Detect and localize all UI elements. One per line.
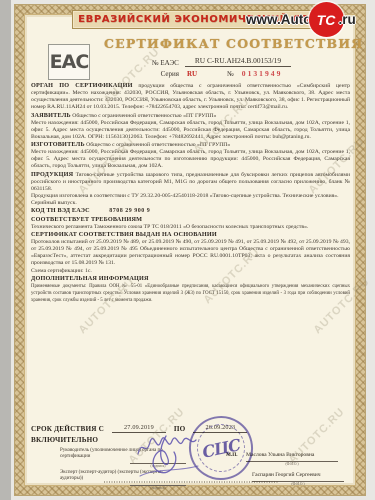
section-production: ПРОДУКЦИЯ Тягово-сцепные устройства шаро… [31,171,350,208]
section-manufacturer: ИЗГОТОВИТЕЛЬ Общество с ограниченной отв… [31,141,350,171]
validity-from-label: СРОК ДЕЙСТВИЯ С [31,425,104,433]
series-label: Серия [161,70,179,78]
certificate-body: ОРГАН ПО СЕРТИФИКАЦИИ продукции общества… [31,82,350,304]
section-conforms: СООТВЕТСТВУЕТ ТРЕБОВАНИЯМ Технического р… [31,216,350,231]
blank-number: 0131949 [242,69,283,78]
tnved-code-value: 8708 29 900 9 [109,208,150,214]
certificate-number-line: № ЕАЭС RU C-RU.АН24.В.00153/19 [109,56,334,67]
head-name-caption: (Ф.И.О.) [246,462,338,466]
section-applicant: ЗАЯВИТЕЛЬ Общество с ограниченной ответс… [31,112,350,142]
expert-name: Гаспарян Георгий Сергеевич [252,472,321,478]
certificate-title: СЕРТИФИКАТ СООТВЕТСТВИЯ [104,36,334,51]
eac-mark-icon: ЕАС [48,44,90,80]
certificate-sheet: ЕВРАЗИЙСКИЙ ЭКОНОМИЧЕСКИЙ СОЮЗ ЕАС СЕРТИ… [14,4,366,496]
section-issued-on: СЕРТИФИКАТ СООТВЕТСТВИЯ ВЫДАН НА ОСНОВАН… [31,231,350,275]
autotc-logo-watermark: www.Auto TC .ru [246,2,356,37]
section-certification-body: ОРГАН ПО СЕРТИФИКАЦИИ продукции общества… [31,82,350,112]
logo-prefix: www.Auto [246,12,312,27]
certificate-number: RU C-RU.АН24.В.00153/19 [185,56,291,67]
blank-number-label: № [227,70,234,78]
section-additional-info: ДОПОЛНИТЕЛЬНАЯ ИНФОРМАЦИЯ Применяемые до… [31,275,350,305]
series-line: Серия RU № 0131949 [109,69,334,78]
section-tnved-code: КОД ТН ВЭД ЕАЭС 8708 29 900 9 [31,207,350,216]
logo-suffix: .ru [339,12,356,27]
head-name: Маслова Ульяна Викторовна [246,452,314,458]
scan-edge [0,0,11,500]
series-value: RU [187,70,197,78]
number-label: № ЕАЭС [152,59,179,67]
signature-scribbles [132,428,218,490]
